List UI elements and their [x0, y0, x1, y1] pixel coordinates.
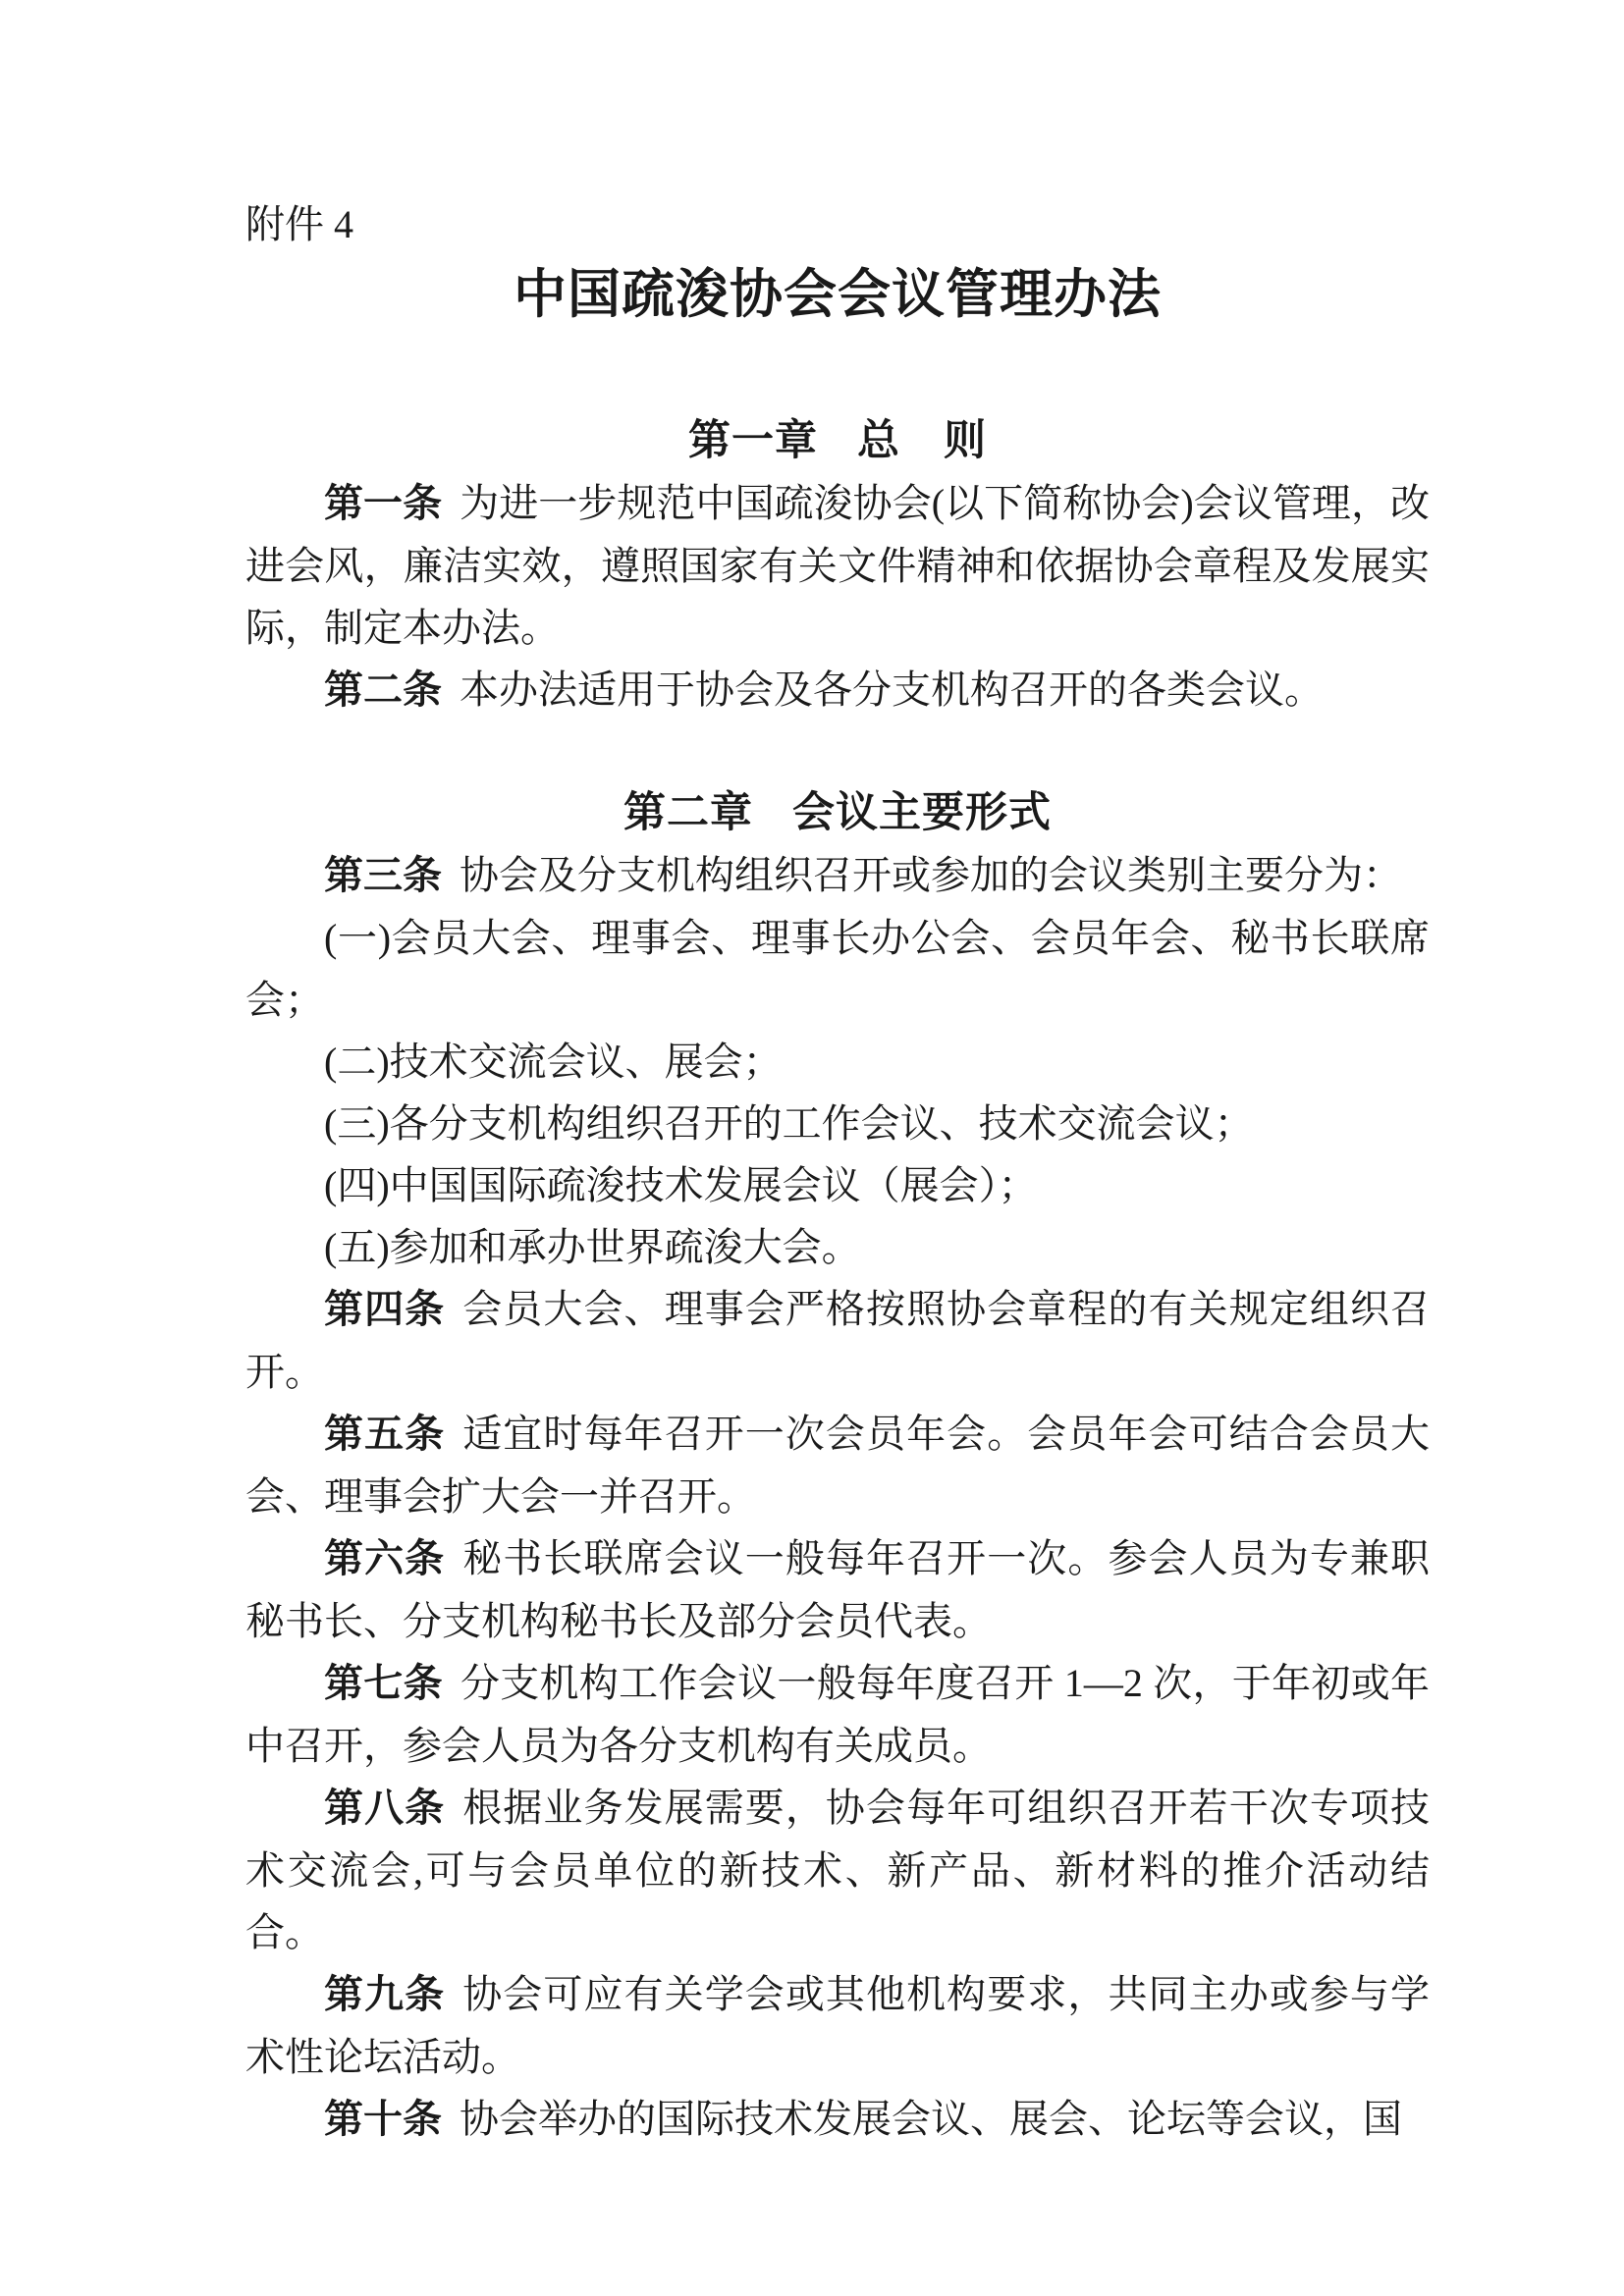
article-4-label: 第四条: [324, 1288, 445, 1331]
article-8: 第八条根据业务发展需要，协会每年可组织召开若干次专项技术交流会,可与会员单位的新…: [245, 1777, 1430, 1963]
chapter-1-number: 第一章: [688, 417, 818, 464]
article-9: 第九条协会可应有关学会或其他机构要求，共同主办或参与学术性论坛活动。: [245, 1963, 1430, 2088]
article-3-label: 第三条: [324, 854, 442, 897]
chapter-1-name: 总 则: [857, 417, 987, 464]
article-2-text: 本办法适用于协会及各分支机构召开的各类会议。: [460, 667, 1324, 712]
document-content: 附件 4 中国疏浚协会会议管理办法 第一章总 则 第一条为进一步规范中国疏浚协会…: [245, 193, 1430, 2151]
article-6: 第六条秘书长联席会议一般每年召开一次。参会人员为专兼职秘书长、分支机构秘书长及部…: [245, 1527, 1430, 1652]
article-5: 第五条适宜时每年召开一次会员年会。会员年会可结合会员大会、理事会扩大会一并召开。: [245, 1403, 1430, 1527]
article-2: 第二条本办法适用于协会及各分支机构召开的各类会议。: [245, 659, 1430, 721]
article-3-item-4-text: (四)中国国际疏浚技术发展会议（展会）；: [324, 1163, 1038, 1207]
article-8-label: 第八条: [324, 1787, 445, 1830]
article-3-item-2-text: (二)技术交流会议、展会；: [324, 1040, 783, 1084]
article-1-label: 第一条: [324, 482, 442, 525]
document-title: 中国疏浚协会会议管理办法: [245, 255, 1430, 334]
article-7: 第七条分支机构工作会议一般每年度召开 1—2 次，于年初或年中召开，参会人员为各…: [245, 1652, 1430, 1777]
article-3-item-4: (四)中国国际疏浚技术发展会议（展会）；: [245, 1154, 1430, 1216]
article-4: 第四条会员大会、理事会严格按照协会章程的有关规定组织召开。: [245, 1278, 1430, 1403]
article-3-item-3: (三)各分支机构组织召开的工作会议、技术交流会议；: [245, 1093, 1430, 1154]
article-2-label: 第二条: [324, 668, 442, 712]
article-9-label: 第九条: [324, 1973, 445, 2016]
article-3-text: 协会及分支机构组织召开或参加的会议类别主要分为：: [460, 853, 1402, 897]
article-10: 第十条协会举办的国际技术发展会议、展会、论坛等会议，国: [245, 2088, 1430, 2151]
article-3-item-5-text: (五)参加和承办世界疏浚大会。: [324, 1225, 861, 1269]
article-10-label: 第十条: [324, 2098, 442, 2141]
article-3-item-5: (五)参加和承办世界疏浚大会。: [245, 1216, 1430, 1278]
article-3-item-1: (一)会员大会、理事会、理事长办公会、会员年会、秘书长联席会；: [245, 907, 1430, 1031]
chapter-2-name: 会议主要形式: [792, 789, 1052, 836]
article-7-label: 第七条: [324, 1662, 443, 1705]
attachment-label: 附件 4: [245, 193, 1430, 255]
chapter-1-heading: 第一章总 则: [245, 410, 1430, 472]
chapter-2-heading: 第二章会议主要形式: [245, 782, 1430, 844]
article-5-label: 第五条: [324, 1413, 445, 1456]
article-10-text: 协会举办的国际技术发展会议、展会、论坛等会议，国: [460, 2097, 1402, 2141]
document-page: 附件 4 中国疏浚协会会议管理办法 第一章总 则 第一条为进一步规范中国疏浚协会…: [0, 0, 1624, 2296]
article-3-item-3-text: (三)各分支机构组织召开的工作会议、技术交流会议；: [324, 1101, 1254, 1146]
article-1: 第一条为进一步规范中国疏浚协会(以下简称协会)会议管理，改进会风，廉洁实效，遵照…: [245, 472, 1430, 659]
chapter-2-number: 第二章: [623, 789, 753, 836]
article-3-item-1-text: (一)会员大会、理事会、理事长办公会、会员年会、秘书长联席会；: [245, 916, 1430, 1022]
article-6-label: 第六条: [324, 1537, 445, 1580]
article-3: 第三条协会及分支机构组织召开或参加的会议类别主要分为：: [245, 844, 1430, 907]
article-3-item-2: (二)技术交流会议、展会；: [245, 1031, 1430, 1093]
